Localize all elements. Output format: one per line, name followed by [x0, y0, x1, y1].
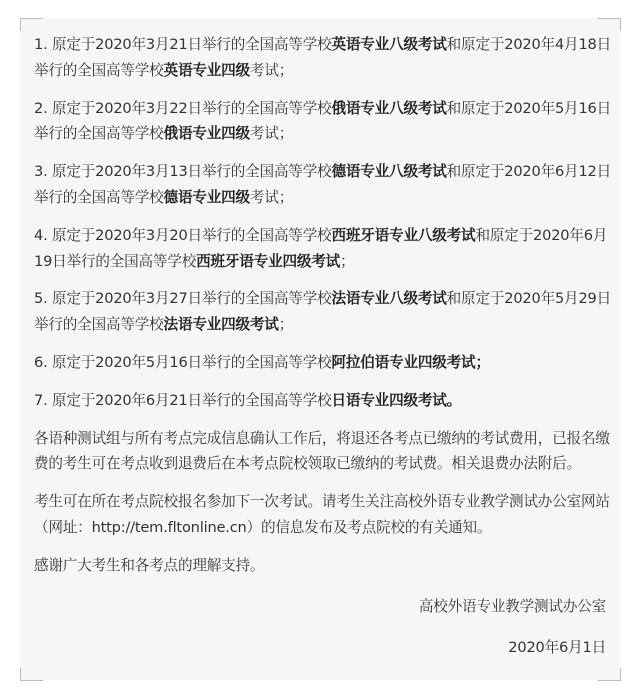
exam-list-item: 2. 原定于2020年3月22日举行的全国高等学校俄语专业八级考试和原定于202…	[34, 96, 612, 148]
item-text: ；	[279, 316, 293, 333]
refund-paragraph: 各语种测试组与所有考点完成信息确认工作后，将退还各考点已缴纳的考试费用，已报名缴…	[34, 426, 612, 478]
exam-name-bold: 西班牙语专业八级考试	[332, 227, 476, 244]
next-exam-text-after: ）的信息发布及考点院校的有关通知。	[247, 519, 492, 536]
item-number: 1.	[34, 36, 48, 53]
exam-name-bold: 西班牙语专业四级考试	[196, 253, 340, 270]
item-text: 原定于2020年3月22日举行的全国高等学校	[52, 100, 332, 117]
item-text: 原定于2020年6月21日举行的全国高等学校	[52, 392, 332, 409]
next-exam-paragraph: 考生可在所在考点院校报名参加下一次考试。请考生关注高校外语专业教学测试办公室网站…	[34, 489, 612, 541]
item-text: 原定于2020年3月20日举行的全国高等学校	[52, 227, 332, 244]
item-number: 7.	[34, 392, 48, 409]
exam-list-item: 4. 原定于2020年3月20日举行的全国高等学校西班牙语专业八级考试和原定于2…	[34, 223, 612, 275]
item-text: 考试；	[250, 125, 293, 142]
exam-name-bold: 法语专业四级考试	[164, 316, 279, 333]
thanks-text: 感谢广大考生和各考点的理解支持。	[34, 553, 612, 579]
exam-name-bold: 日语专业四级考试。	[332, 392, 462, 409]
exam-list: 1. 原定于2020年3月21日举行的全国高等学校英语专业八级考试和原定于202…	[34, 32, 612, 414]
exam-name-bold: 阿拉伯语专业四级考试；	[332, 354, 490, 371]
item-number: 4.	[34, 227, 48, 244]
corner-bracket-top-right	[598, 18, 621, 31]
item-text: 考试；	[250, 189, 293, 206]
exam-name-bold: 俄语专业四级	[164, 125, 250, 142]
exam-name-bold: 德语专业八级考试	[332, 163, 447, 180]
item-number: 5.	[34, 290, 48, 307]
notice-date: 2020年6月1日	[34, 635, 612, 661]
item-number: 3.	[34, 163, 48, 180]
exam-list-item: 7. 原定于2020年6月21日举行的全国高等学校日语专业四级考试。	[34, 388, 612, 414]
exam-name-bold: 德语专业四级	[164, 189, 250, 206]
exam-list-item: 6. 原定于2020年5月16日举行的全国高等学校阿拉伯语专业四级考试；	[34, 350, 612, 376]
exam-name-bold: 法语专业八级考试	[332, 290, 447, 307]
item-text: 考试；	[250, 62, 293, 79]
notice-content: 1. 原定于2020年3月21日举行的全国高等学校英语专业八级考试和原定于202…	[34, 32, 612, 673]
item-text: ；	[340, 253, 354, 270]
signature: 高校外语专业教学测试办公室	[34, 594, 612, 620]
item-text: 原定于2020年3月13日举行的全国高等学校	[52, 163, 332, 180]
exam-list-item: 3. 原定于2020年3月13日举行的全国高等学校德语专业八级考试和原定于202…	[34, 159, 612, 211]
corner-bracket-top-left	[20, 18, 43, 31]
exam-list-item: 1. 原定于2020年3月21日举行的全国高等学校英语专业八级考试和原定于202…	[34, 32, 612, 84]
exam-name-bold: 俄语专业八级考试	[332, 100, 447, 117]
item-text: 原定于2020年3月21日举行的全国高等学校	[52, 36, 332, 53]
exam-list-item: 5. 原定于2020年3月27日举行的全国高等学校法语专业八级考试和原定于202…	[34, 286, 612, 338]
item-text: 原定于2020年3月27日举行的全国高等学校	[52, 290, 332, 307]
item-number: 6.	[34, 354, 48, 371]
exam-name-bold: 英语专业八级考试	[332, 36, 447, 53]
item-text: 原定于2020年5月16日举行的全国高等学校	[52, 354, 332, 371]
website-link[interactable]: http://tem.fltonline.cn	[92, 519, 247, 536]
item-number: 2.	[34, 100, 48, 117]
exam-name-bold: 英语专业四级	[164, 62, 250, 79]
